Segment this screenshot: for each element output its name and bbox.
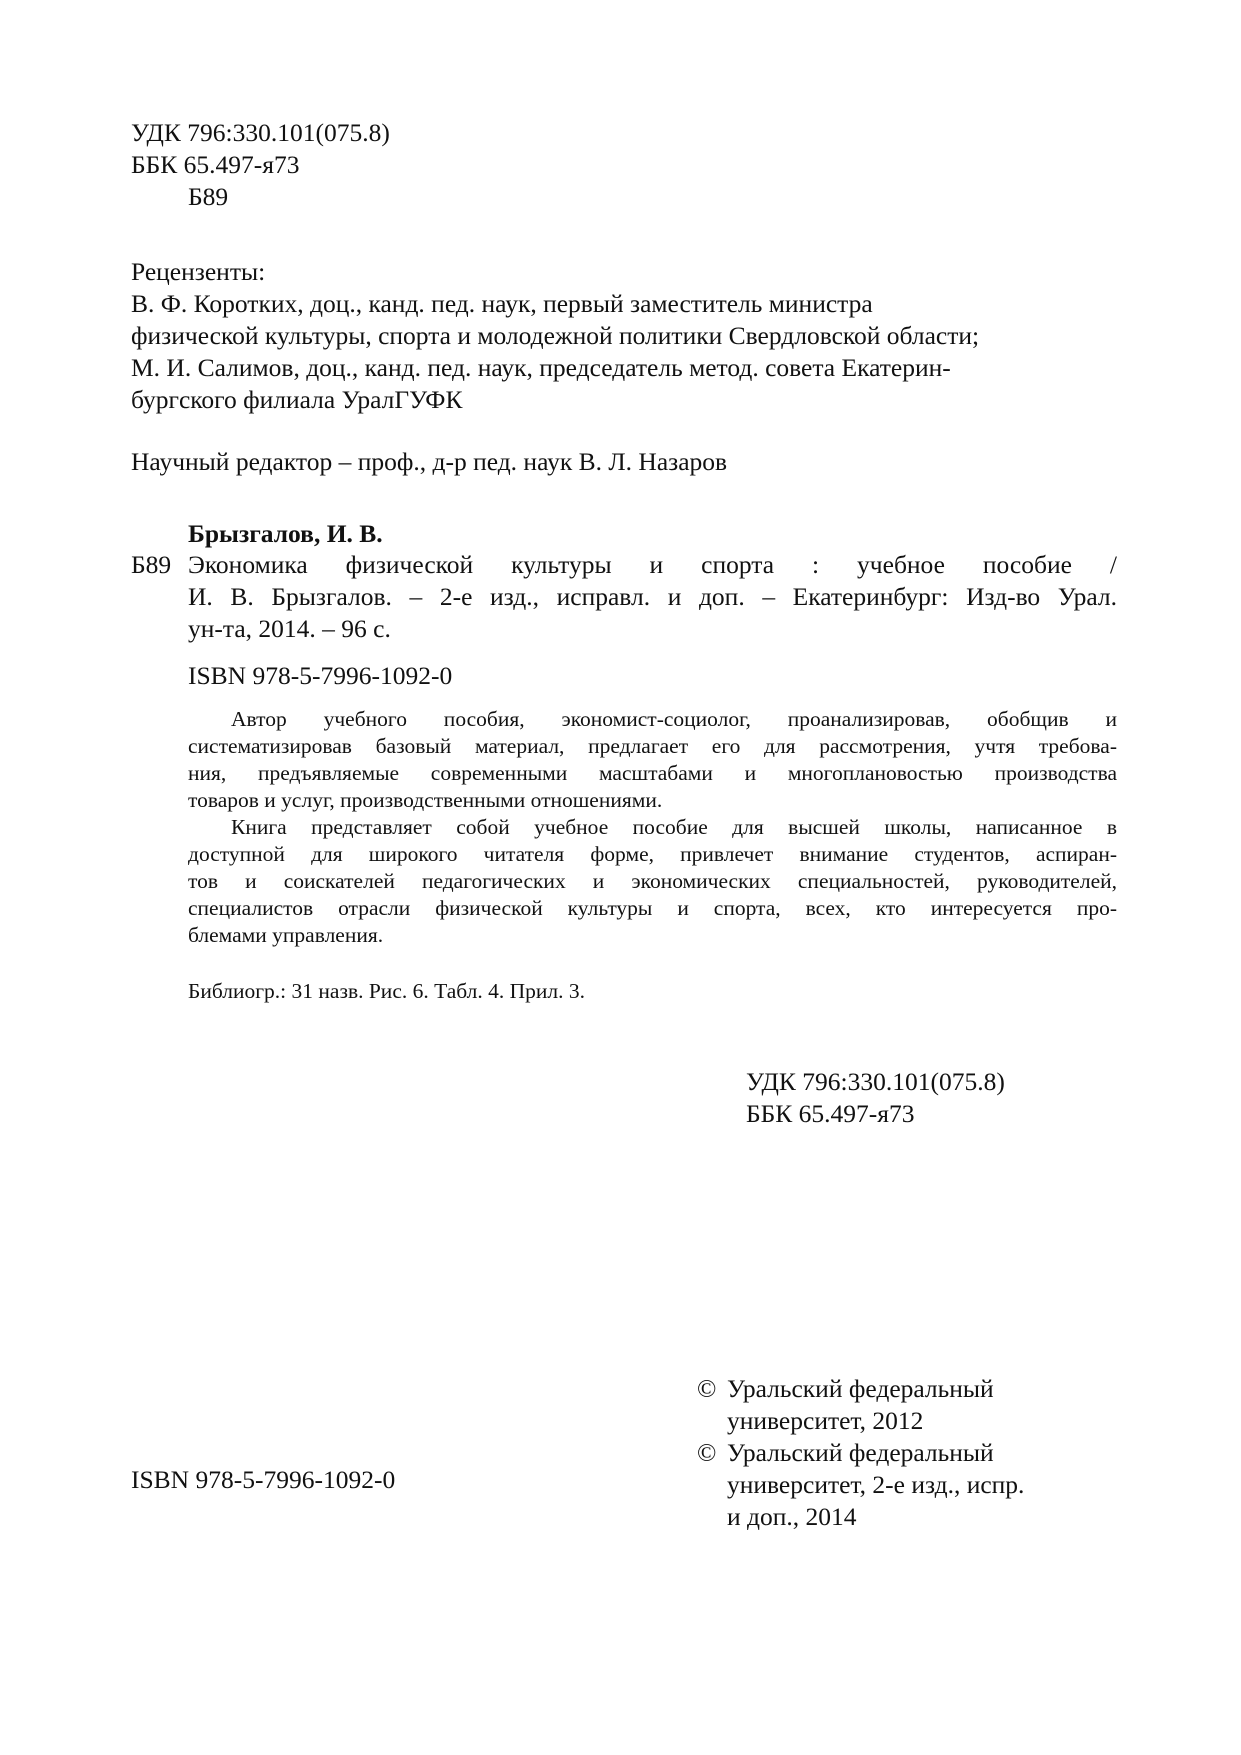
scientific-editor: Научный редактор – проф., д-р пед. наук … — [131, 446, 727, 478]
annotation-line: систематизировав базовый материал, предл… — [188, 733, 1117, 760]
annotation-line: ния, предъявляемые современными масштаба… — [188, 760, 1117, 787]
record-line: И. В. Брызгалов. – 2-е изд., исправл. и … — [188, 581, 1117, 613]
copyright-line: Уральский федеральный — [727, 1373, 1024, 1405]
reviewers-title: Рецензенты: — [131, 256, 979, 288]
bbk-code: ББК 65.497-я73 — [131, 149, 390, 181]
classification-right: УДК 796:330.101(075.8) ББК 65.497-я73 — [746, 1066, 1005, 1130]
annotation-line: товаров и услуг, производственными отнош… — [188, 787, 1117, 814]
reviewer-line: В. Ф. Коротких, доц., канд. пед. наук, п… — [131, 288, 979, 320]
author-heading: Брызгалов, И. В. — [188, 518, 383, 550]
record-isbn: ISBN 978-5-7996-1092-0 — [188, 660, 452, 692]
udk-code-right: УДК 796:330.101(075.8) — [746, 1066, 1005, 1098]
copyright-line: Уральский федеральный — [727, 1437, 1024, 1469]
annotation-line: специалистов отрасли физической культуры… — [188, 895, 1117, 922]
copyright-line: университет, 2012 — [727, 1405, 1024, 1437]
copyright-icon: © — [697, 1437, 716, 1469]
annotation-line: тов и соискателей педагогических и эконо… — [188, 868, 1117, 895]
header-codes: УДК 796:330.101(075.8) ББК 65.497-я73 Б8… — [131, 117, 390, 213]
bibliographic-record: Экономика физической культуры и спорта :… — [188, 549, 1117, 645]
reviewer-line: бургского филиала УралГУФК — [131, 384, 979, 416]
annotation-line: доступной для широкого читателя форме, п… — [188, 841, 1117, 868]
bbk-code-right: ББК 65.497-я73 — [746, 1098, 1005, 1130]
copyright-entry: © Уральский федеральный университет, 2-е… — [697, 1437, 1024, 1533]
copyright-line: и доп., 2014 — [727, 1501, 1024, 1533]
annotation-line: Автор учебного пособия, экономист-социол… — [188, 706, 1117, 733]
bibliography-note: Библиогр.: 31 назв. Рис. 6. Табл. 4. При… — [188, 978, 585, 1005]
reviewer-line: М. И. Салимов, доц., канд. пед. наук, пр… — [131, 352, 979, 384]
annotation-line: блемами управления. — [188, 922, 1117, 949]
record-mark: Б89 — [131, 549, 171, 581]
udk-code: УДК 796:330.101(075.8) — [131, 117, 390, 149]
copyright-block: © Уральский федеральный университет, 201… — [697, 1373, 1024, 1533]
copyright-line: университет, 2-е изд., испр. — [727, 1469, 1024, 1501]
record-title-line: Экономика физической культуры и спорта :… — [188, 549, 1117, 581]
reviewer-line: физической культуры, спорта и молодежной… — [131, 320, 979, 352]
annotation-line: Книга представляет собой учебное пособие… — [188, 814, 1117, 841]
annotation: Автор учебного пособия, экономист-социол… — [188, 706, 1117, 949]
record-line: ун-та, 2014. – 96 с. — [188, 613, 1117, 645]
reviewers-block: Рецензенты: В. Ф. Коротких, доц., канд. … — [131, 256, 979, 416]
author-mark: Б89 — [131, 181, 390, 213]
copyright-entry: © Уральский федеральный университет, 201… — [697, 1373, 1024, 1437]
footer-isbn: ISBN 978-5-7996-1092-0 — [131, 1464, 395, 1496]
copyright-icon: © — [697, 1373, 716, 1405]
